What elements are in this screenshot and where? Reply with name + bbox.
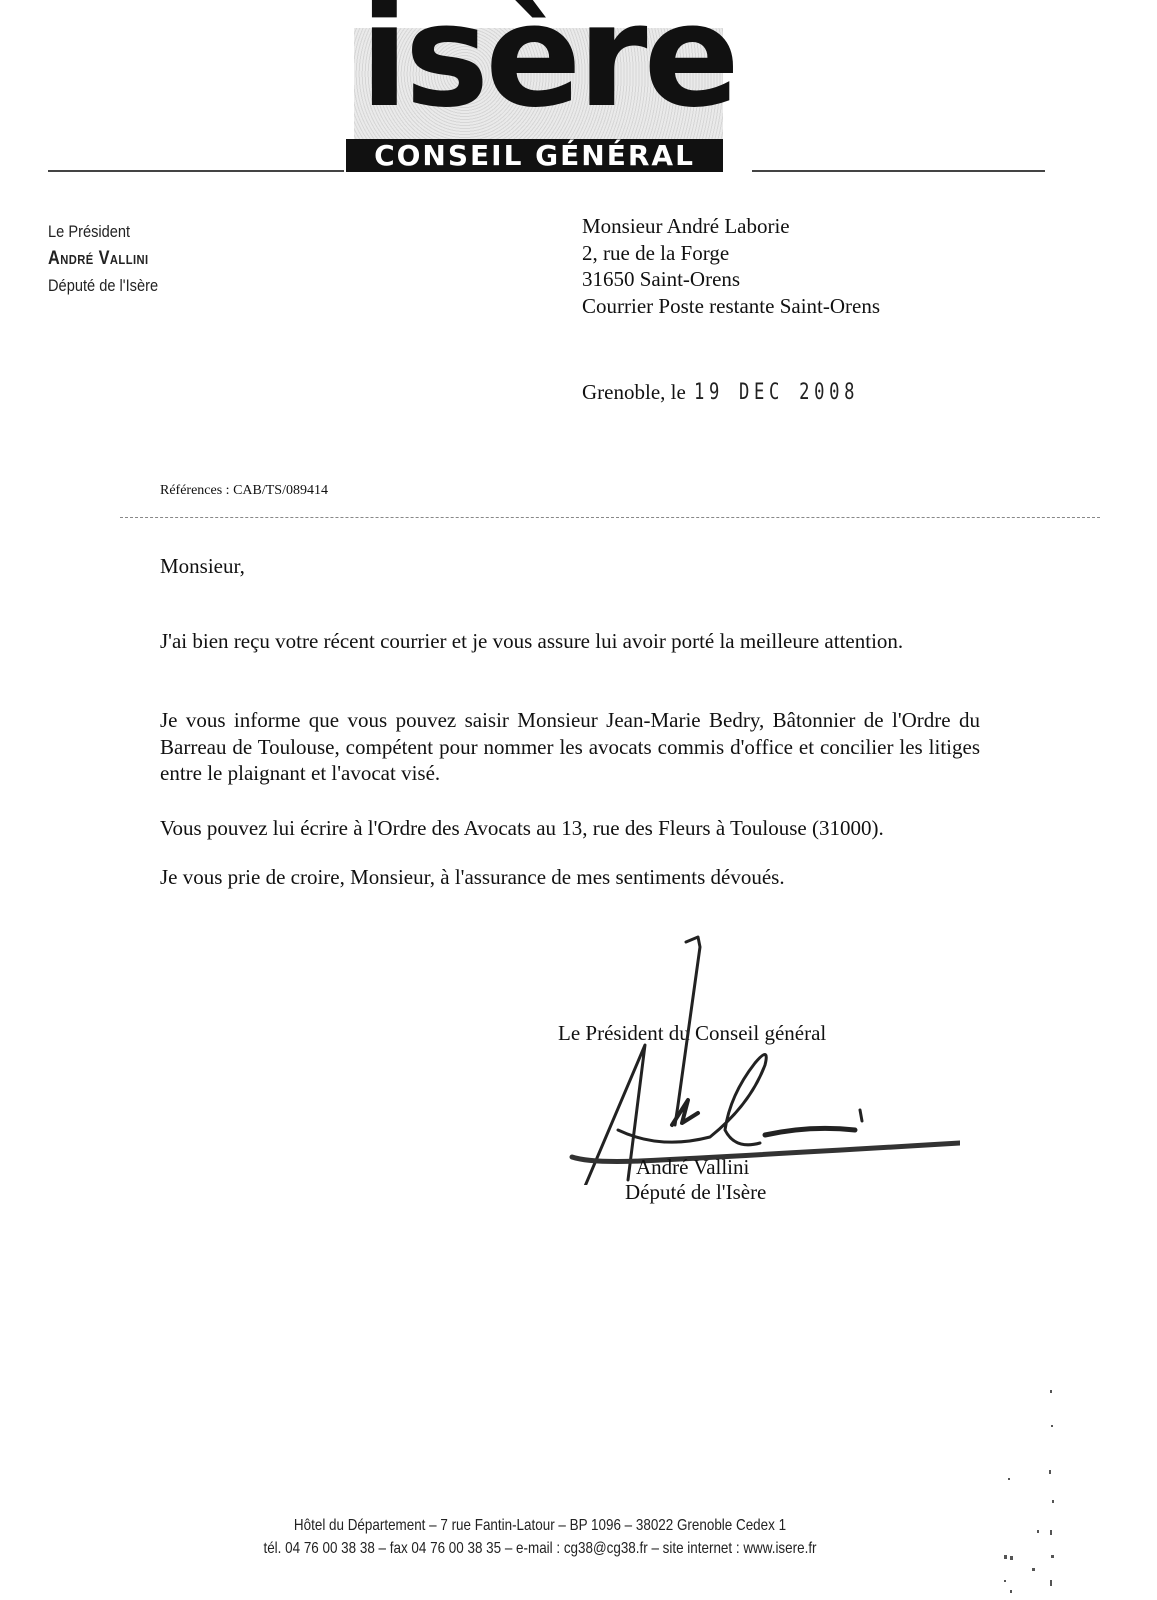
recipient-address: Monsieur André Laborie 2, rue de la Forg… (582, 213, 880, 319)
separator-rule (120, 517, 1100, 518)
paragraph: J'ai bien reçu votre récent courrier et … (160, 628, 980, 655)
sender-block: Le Président André Vallini Député de l'I… (48, 218, 158, 299)
header-rule-right (752, 170, 1045, 172)
handwritten-signature (560, 925, 960, 1185)
date-stamp: 19 DEC 2008 (694, 380, 859, 405)
footer-contact: Hôtel du Département – 7 rue Fantin-Lato… (254, 1514, 825, 1560)
date-prefix: Grenoble, le (582, 380, 686, 405)
paragraph: Vous pouvez lui écrire à l'Ordre des Avo… (160, 815, 980, 842)
recipient-line: Monsieur André Laborie (582, 213, 880, 240)
sender-title: Le Président (48, 218, 158, 245)
header-rule-left (48, 170, 344, 172)
footer-address: Hôtel du Département – 7 rue Fantin-Lato… (254, 1514, 825, 1537)
paragraph: Je vous informe que vous pouvez saisir M… (160, 707, 980, 787)
conseil-general-logo: isère CONSEIL GÉNÉRAL (346, 4, 723, 168)
sender-role: Député de l'Isère (48, 272, 158, 299)
signatory-role: Député de l'Isère (625, 1180, 766, 1205)
recipient-line: Courrier Poste restante Saint-Orens (582, 293, 880, 320)
salutation: Monsieur, (160, 554, 245, 579)
recipient-line: 31650 Saint-Orens (582, 266, 880, 293)
date-line: Grenoble, le 19 DEC 2008 (582, 380, 906, 405)
logo-wordmark: isère (360, 0, 736, 128)
recipient-line: 2, rue de la Forge (582, 240, 880, 267)
scan-artifacts (960, 1380, 1060, 1600)
signatory-name: André Vallini (636, 1155, 749, 1180)
logo-band: CONSEIL GÉNÉRAL (346, 139, 723, 172)
references: Références : CAB/TS/089414 (160, 483, 328, 499)
footer-contact-details: tél. 04 76 00 38 38 – fax 04 76 00 38 35… (254, 1537, 825, 1560)
sender-name: André Vallini (48, 245, 158, 272)
paragraph: Je vous prie de croire, Monsieur, à l'as… (160, 864, 980, 891)
